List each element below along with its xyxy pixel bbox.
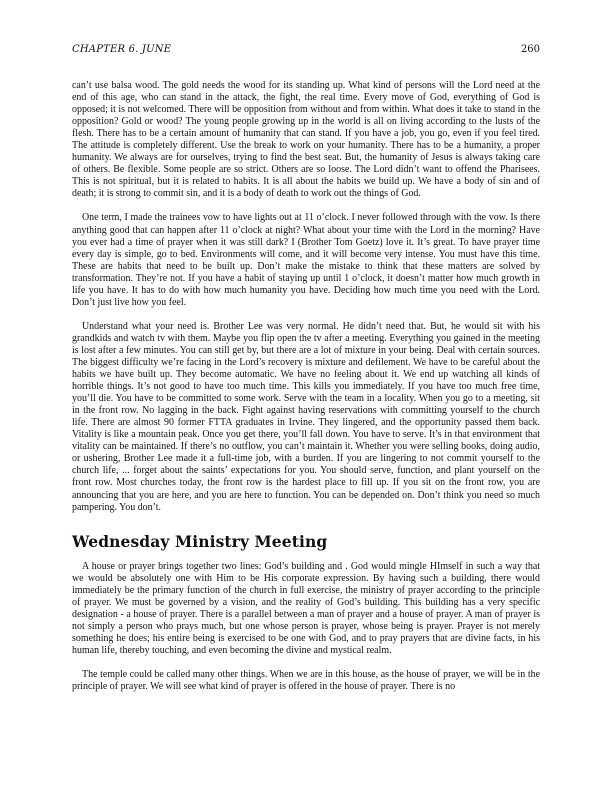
- body-paragraph: Understand what your need is. Brother Le…: [72, 321, 540, 514]
- section-heading: Wednesday Ministry Meeting: [72, 532, 540, 551]
- body-paragraph: can’t use balsa wood. The gold needs the…: [72, 80, 540, 200]
- document-page: CHAPTER 6. JUNE 260 can’t use balsa wood…: [72, 44, 540, 705]
- body-paragraph: The temple could be called many other th…: [72, 669, 540, 693]
- page-number: 260: [521, 44, 540, 55]
- running-header: CHAPTER 6. JUNE 260: [72, 44, 540, 58]
- body-paragraph: A house or prayer brings together two li…: [72, 561, 540, 657]
- body-paragraph: One term, I made the trainees vow to hav…: [72, 212, 540, 308]
- chapter-title: CHAPTER 6. JUNE: [72, 44, 171, 55]
